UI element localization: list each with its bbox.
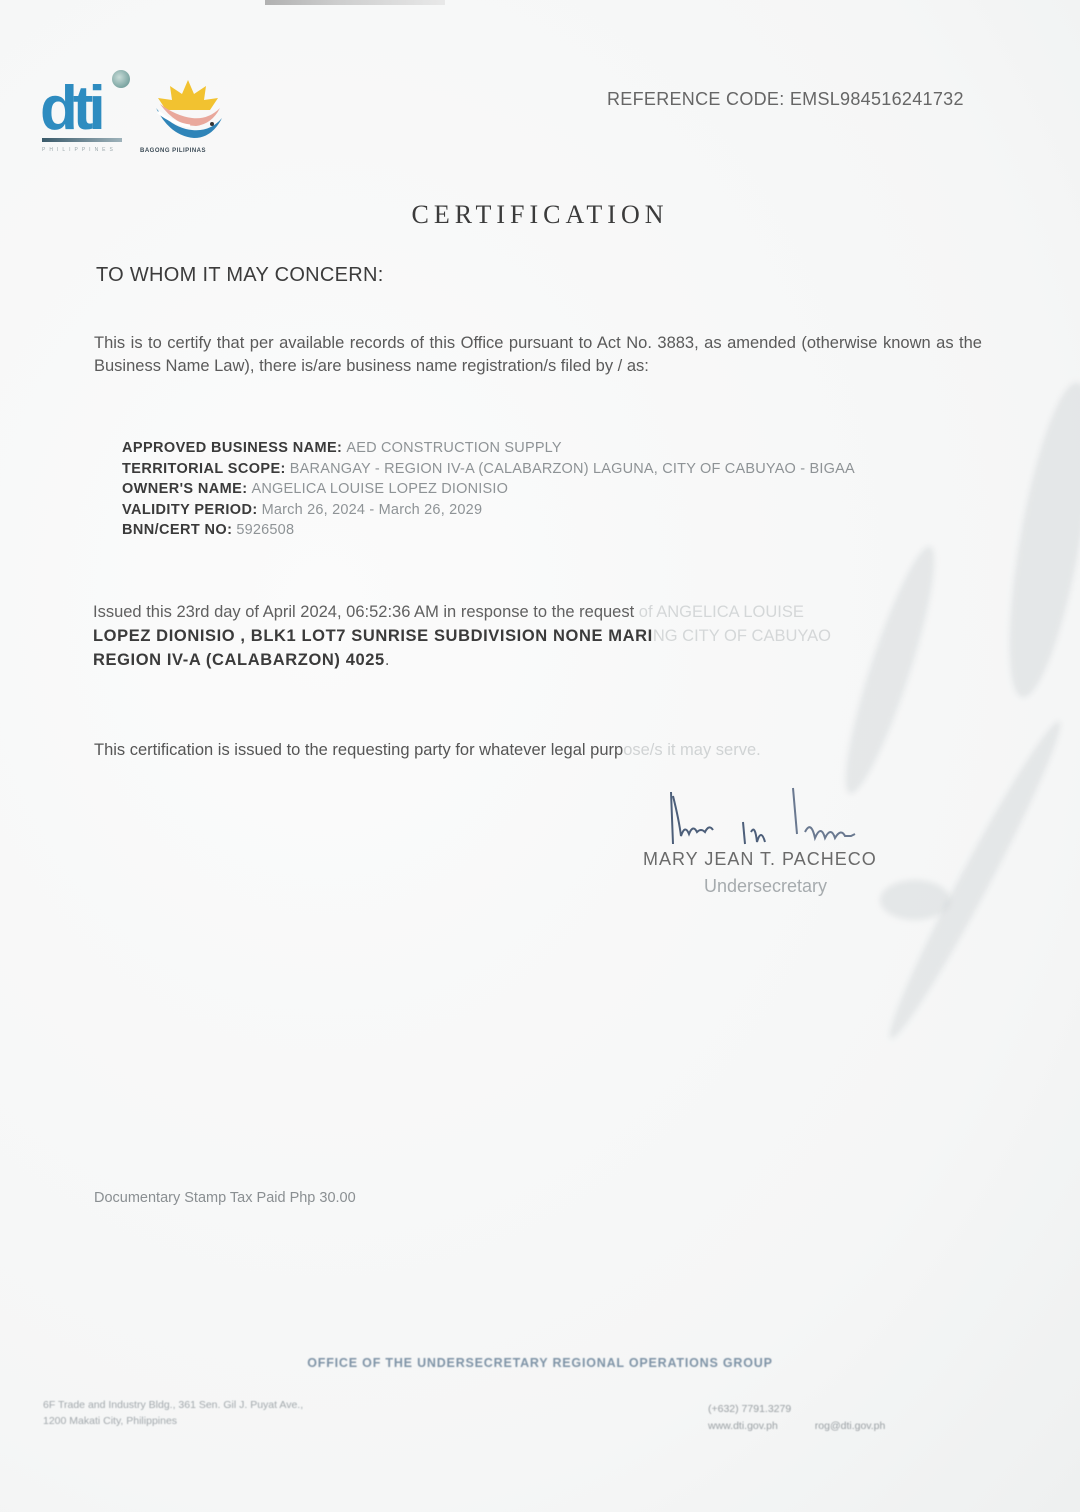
address-line-2: 1200 Makati City, Philippines <box>43 1413 303 1429</box>
issued-faded-name: of ANGELICA LOUISE <box>639 603 804 621</box>
dti-tagline-bar <box>42 138 122 142</box>
detail-validity-period: VALIDITY PERIOD: March 26, 2024 - March … <box>122 500 855 521</box>
signature-icon <box>665 784 925 854</box>
footer-office: OFFICE OF THE UNDERSECRETARY REGIONAL OP… <box>0 1356 1080 1370</box>
business-details: APPROVED BUSINESS NAME: AED CONSTRUCTION… <box>122 438 855 541</box>
bagong-pilipinas-subtext: BAGONG PILIPINAS <box>140 148 206 154</box>
detail-value: AED CONSTRUCTION SUPPLY <box>346 440 561 456</box>
detail-value: 5926508 <box>236 522 294 538</box>
detail-territorial-scope: TERRITORIAL SCOPE: BARANGAY - REGION IV-… <box>122 459 855 480</box>
requester-faded-address: NG CITY OF CABUYAO <box>653 627 831 645</box>
dti-logo: dti PHILIPPINES <box>40 70 135 155</box>
document-title-text: CERTIFICATION <box>412 200 669 230</box>
purpose-text: This certification is issued to the requ… <box>94 741 623 759</box>
signatory-name: MARY JEAN T. PACHECO <box>643 849 877 870</box>
detail-label: VALIDITY PERIOD: <box>122 502 258 518</box>
bagong-pilipinas-emblem-icon <box>150 78 226 144</box>
document-title: CERTIFICATION <box>0 200 1080 230</box>
footer-phone: (+632) 7791.3279 <box>708 1401 885 1418</box>
requester-line-1: LOPEZ DIONISIO , BLK1 LOT7 SUNRISE SUBDI… <box>93 627 653 645</box>
scan-smudge <box>265 0 445 5</box>
detail-cert-number: BNN/CERT NO: 5926508 <box>122 520 855 541</box>
paper-crease <box>993 377 1080 703</box>
detail-label: APPROVED BUSINESS NAME: <box>122 440 342 456</box>
reference-code-label: REFERENCE CODE: <box>607 89 785 109</box>
detail-label: TERRITORIAL SCOPE: <box>122 461 286 477</box>
footer-contact: (+632) 7791.3279 www.dti.gov.ph rog@dti.… <box>708 1401 885 1435</box>
footer-web-email: www.dti.gov.ph rog@dti.gov.ph <box>708 1418 885 1435</box>
detail-label: OWNER'S NAME: <box>122 481 247 497</box>
issued-prefix: Issued this 23rd day of April 2024, 06:5… <box>93 603 634 621</box>
dti-wordmark: dti <box>40 78 101 140</box>
certificate-page: dti PHILIPPINES BAGONG PILIPINAS REFEREN… <box>0 0 1080 1512</box>
intro-paragraph: This is to certify that per available re… <box>94 332 982 378</box>
detail-label: BNN/CERT NO: <box>122 522 232 538</box>
globe-icon <box>112 70 130 88</box>
dti-subtext: PHILIPPINES <box>42 147 117 153</box>
reference-code: REFERENCE CODE: EMSL984516241732 <box>607 89 964 110</box>
issuance-paragraph: Issued this 23rd day of April 2024, 06:5… <box>93 600 983 672</box>
purpose-faded-tail: ose/s it may serve. <box>623 741 761 759</box>
paper-crease <box>880 880 950 920</box>
stamp-tax-note: Documentary Stamp Tax Paid Php 30.00 <box>94 1190 356 1206</box>
issued-suffix: . <box>385 651 390 669</box>
salutation: TO WHOM IT MAY CONCERN: <box>96 264 384 287</box>
detail-business-name: APPROVED BUSINESS NAME: AED CONSTRUCTION… <box>122 438 855 459</box>
address-line-1: 6F Trade and Industry Bldg., 361 Sen. Gi… <box>43 1397 303 1413</box>
purpose-statement: This certification is issued to the requ… <box>94 741 761 760</box>
detail-value: BARANGAY - REGION IV-A (CALABARZON) LAGU… <box>290 461 855 477</box>
detail-value: March 26, 2024 - March 26, 2029 <box>262 502 483 518</box>
requester-line-2: REGION IV-A (CALABARZON) 4025 <box>93 651 385 669</box>
bagong-pilipinas-logo: BAGONG PILIPINAS <box>140 78 240 158</box>
reference-code-value: EMSL984516241732 <box>790 89 964 109</box>
signatory-title: Undersecretary <box>704 876 827 897</box>
detail-owner-name: OWNER'S NAME: ANGELICA LOUISE LOPEZ DION… <box>122 479 855 500</box>
footer-website-link[interactable]: www.dti.gov.ph <box>708 1420 778 1432</box>
footer-email-link[interactable]: rog@dti.gov.ph <box>815 1420 886 1432</box>
footer-address: 6F Trade and Industry Bldg., 361 Sen. Gi… <box>43 1397 303 1429</box>
detail-value: ANGELICA LOUISE LOPEZ DIONISIO <box>251 481 508 497</box>
